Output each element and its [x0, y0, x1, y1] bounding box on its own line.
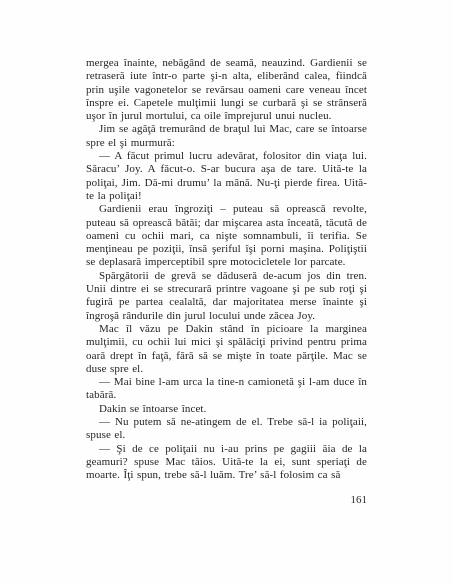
paragraph: Jim se agăţă tremurând de braţul lui Mac…: [86, 123, 367, 150]
paragraph-dialogue: — Mai bine l-am urca la tine-n camionetă…: [86, 376, 367, 403]
paragraph: mergea înainte, nebăgând de seamă, neauz…: [86, 57, 367, 123]
page-number: 161: [86, 494, 367, 507]
paragraph: Dakin se întoarse încet.: [86, 403, 367, 416]
paragraph-dialogue: — A făcut primul lucru adevărat, folosit…: [86, 150, 367, 203]
paragraph-dialogue: — Nu putem să ne-atingem de el. Trebe să…: [86, 416, 367, 443]
paragraph-dialogue: — Şi de ce poliţaii nu i-au prins pe gag…: [86, 443, 367, 483]
body-text: mergea înainte, nebăgând de seamă, neauz…: [86, 57, 367, 507]
paragraph: Mac îl văzu pe Dakin stând în picioare l…: [86, 323, 367, 376]
book-page: mergea înainte, nebăgând de seamă, neauz…: [0, 0, 452, 584]
paragraph: Gardienii erau îngroziţi – puteau să opr…: [86, 203, 367, 269]
paragraph: Spărgătorii de grevă se dăduseră de-acum…: [86, 270, 367, 323]
